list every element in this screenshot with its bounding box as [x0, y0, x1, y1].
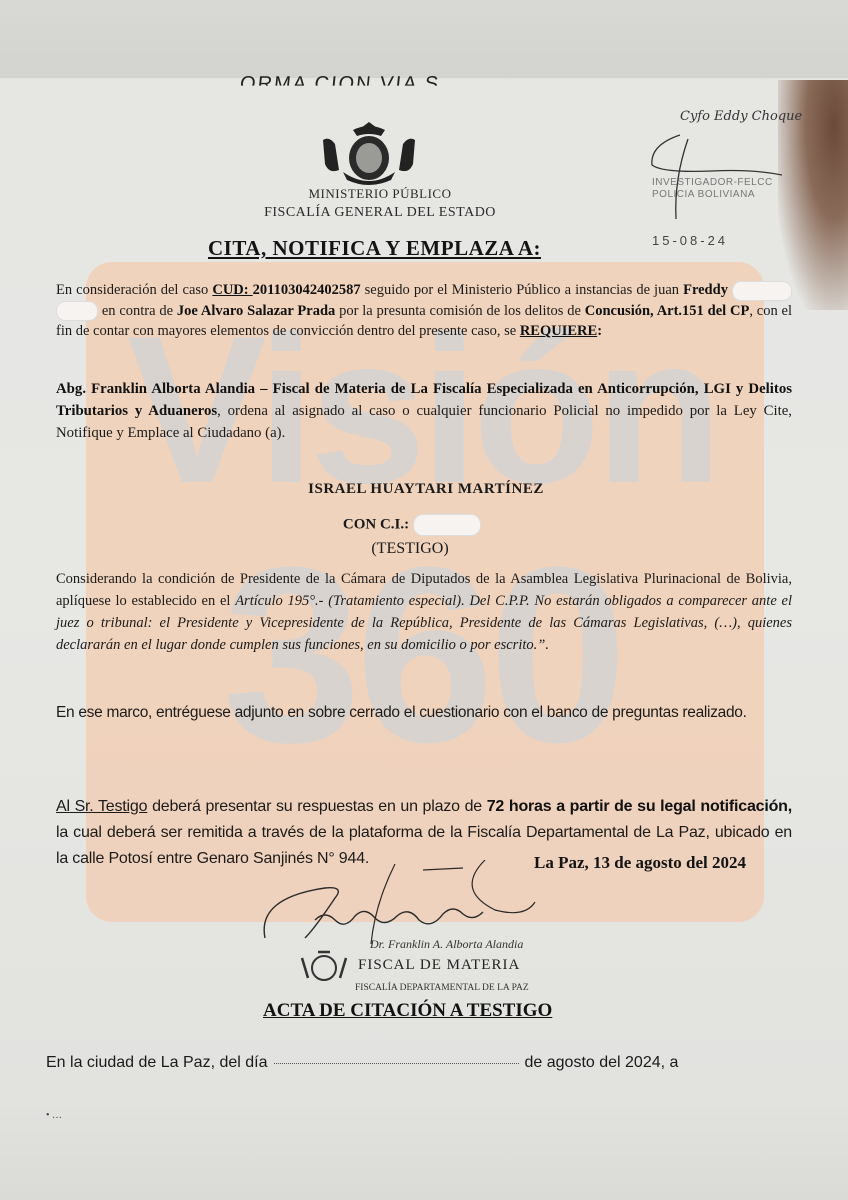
witness-id: CON C.I.:: [0, 514, 836, 536]
police-stamp: INVESTIGADOR-FELCC POLICIA BOLIVIANA: [652, 177, 773, 201]
paragraph-questionnaire: En ese marco, entréguese adjunto en sobr…: [56, 700, 792, 726]
acta-title: ACTA DE CITACIÓN A TESTIGO: [263, 1000, 552, 1022]
paragraph-case: En consideración del caso CUD: 201103042…: [56, 280, 792, 341]
witness-role: (TESTIGO): [0, 540, 834, 558]
bolivia-coat-of-arms-icon: [313, 118, 425, 188]
paragraph-prosecutor: Abg. Franklin Alborta Alandia – Fiscal d…: [56, 378, 792, 444]
seal-emblem-icon: [298, 948, 350, 984]
redacted-surname-2: [56, 301, 98, 321]
header-partial-text: ORMA CION VIA S: [239, 73, 441, 96]
witness-name: ISRAEL HUAYTARI MARTÍNEZ: [2, 481, 848, 498]
day-blank-field[interactable]: [274, 1063, 519, 1064]
redacted-surname-1: [732, 281, 792, 301]
receipt-stamp: Cyfo Eddy Choque INVESTIGADOR-FELCC POLI…: [640, 105, 820, 255]
signatory-name: Dr. Franklin A. Alborta Alandia: [370, 937, 523, 952]
receipt-handwritten-name: Cyfo Eddy Choque: [680, 109, 802, 124]
signatory-title: FISCAL DE MATERIA: [358, 957, 520, 974]
signatory-office: FISCALÍA DEPARTAMENTAL DE LA PAZ: [355, 983, 529, 993]
next-line-fragment: • …: [46, 1110, 62, 1121]
photo-background-top: [0, 0, 848, 78]
paragraph-special-treatment: Considerando la condición de Presidente …: [56, 568, 792, 656]
document-title: CITA, NOTIFICA Y EMPLAZA A:: [208, 236, 541, 261]
receipt-date: 15-08-24: [652, 233, 728, 248]
acta-date-line: En la ciudad de La Paz, del díade agosto…: [46, 1054, 806, 1072]
redacted-id-number: [413, 514, 481, 536]
